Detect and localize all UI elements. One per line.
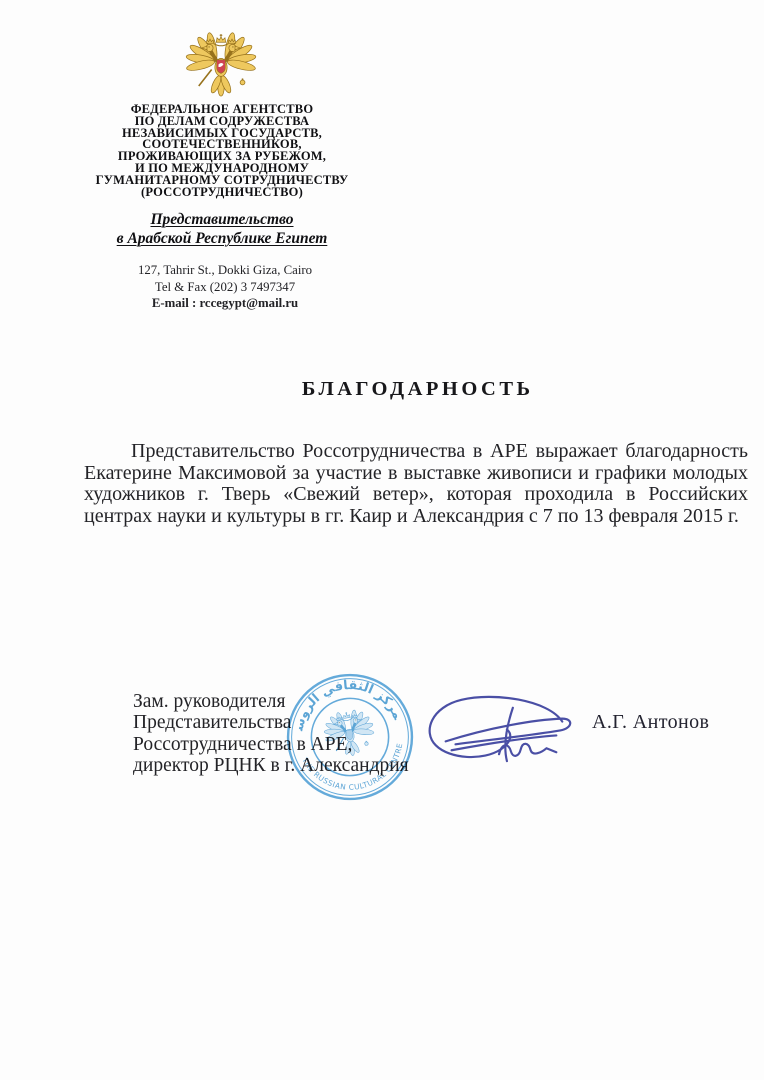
representation-line: Представительство <box>60 211 384 230</box>
address-block: 127, Tahrir St., Dokki Giza, Cairo Tel &… <box>63 262 387 312</box>
signer-name: А.Г. Антонов <box>592 711 732 734</box>
stamp-eagle-icon <box>321 707 378 760</box>
body-paragraph: Представительство Россотрудничества в АР… <box>84 441 748 527</box>
double-headed-eagle-icon <box>177 30 265 109</box>
email-line: E-mail : rccegypt@mail.ru <box>63 295 387 312</box>
russian-coat-of-arms-icon <box>177 30 265 109</box>
stamp-seal-icon: المركز الثقافي الروسي THE RUSSIAN CULTUR… <box>274 661 425 812</box>
address-line: 127, Tahrir St., Dokki Giza, Cairo <box>63 262 387 279</box>
representation-heading: Представительство в Арабской Республике … <box>60 211 384 248</box>
signature-ink-icon <box>418 688 586 775</box>
representation-line: в Арабской Республике Египет <box>60 230 384 249</box>
agency-line: (РОССОТРУДНИЧЕСТВО) <box>60 187 384 199</box>
blue-round-stamp: المركز الثقافي الروسي THE RUSSIAN CULTUR… <box>274 661 425 812</box>
agency-letterhead: ФЕДЕРАЛЬНОЕ АГЕНТСТВО ПО ДЕЛАМ СОДРУЖЕСТ… <box>60 104 384 198</box>
handwritten-signature <box>418 688 586 772</box>
scanned-letter-page: ФЕДЕРАЛЬНОЕ АГЕНТСТВО ПО ДЕЛАМ СОДРУЖЕСТ… <box>0 0 764 1080</box>
document-title: БЛАГОДАРНОСТЬ <box>84 378 748 401</box>
phone-line: Tel & Fax (202) 3 7497347 <box>63 279 387 296</box>
